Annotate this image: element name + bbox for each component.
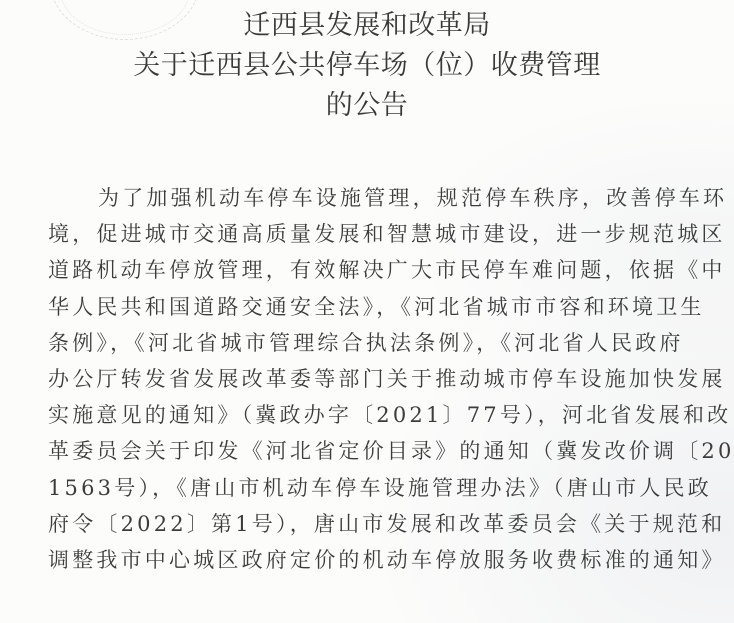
- body-line: 府令〔2022〕第1号），唐山市发展和改革委员会《关于规范和: [48, 506, 698, 542]
- body-line: 道路机动车停放管理，有效解决广大市民停车难问题，依据《中: [48, 252, 698, 288]
- body-line: 办公厅转发省发展改革委等部门关于推动城市停车设施加快发展: [48, 361, 698, 397]
- body-line: 条例》，《河北省城市管理综合执法条例》，《河北省人民政府: [48, 325, 698, 361]
- body-line: 1563号），《唐山市机动车停车设施管理办法》（唐山市人民政: [48, 470, 698, 506]
- scanned-document-page: 迁西县发展和改革局 关于迁西县公共停车场（位）收费管理 的公告 为了加强机动车停…: [0, 0, 734, 623]
- document-body-paragraph: 为了加强机动车停车设施管理，规范停车秩序，改善停车环 境，促进城市交通高质量发展…: [48, 180, 698, 578]
- body-line: 为了加强机动车停车设施管理，规范停车秩序，改善停车环: [48, 180, 698, 216]
- title-line-issuer: 迁西县发展和改革局: [0, 6, 734, 46]
- body-line: 华人民共和国道路交通安全法》，《河北省城市市容和环境卫生: [48, 289, 698, 325]
- title-line-subject: 关于迁西县公共停车场（位）收费管理: [0, 46, 734, 86]
- title-line-type: 的公告: [0, 86, 734, 126]
- body-line: 境，促进城市交通高质量发展和智慧城市建设，进一步规范城区: [48, 216, 698, 252]
- body-line: 革委员会关于印发《河北省定价目录》的通知（冀发改价调〔2022〕: [48, 433, 698, 469]
- body-line: 调整我市中心城区政府定价的机动车停放服务收费标准的通知》: [48, 542, 698, 578]
- document-title: 迁西县发展和改革局 关于迁西县公共停车场（位）收费管理 的公告: [0, 6, 734, 126]
- body-line: 实施意见的通知》（冀政办字〔2021〕77号），河北省发展和改: [48, 397, 698, 433]
